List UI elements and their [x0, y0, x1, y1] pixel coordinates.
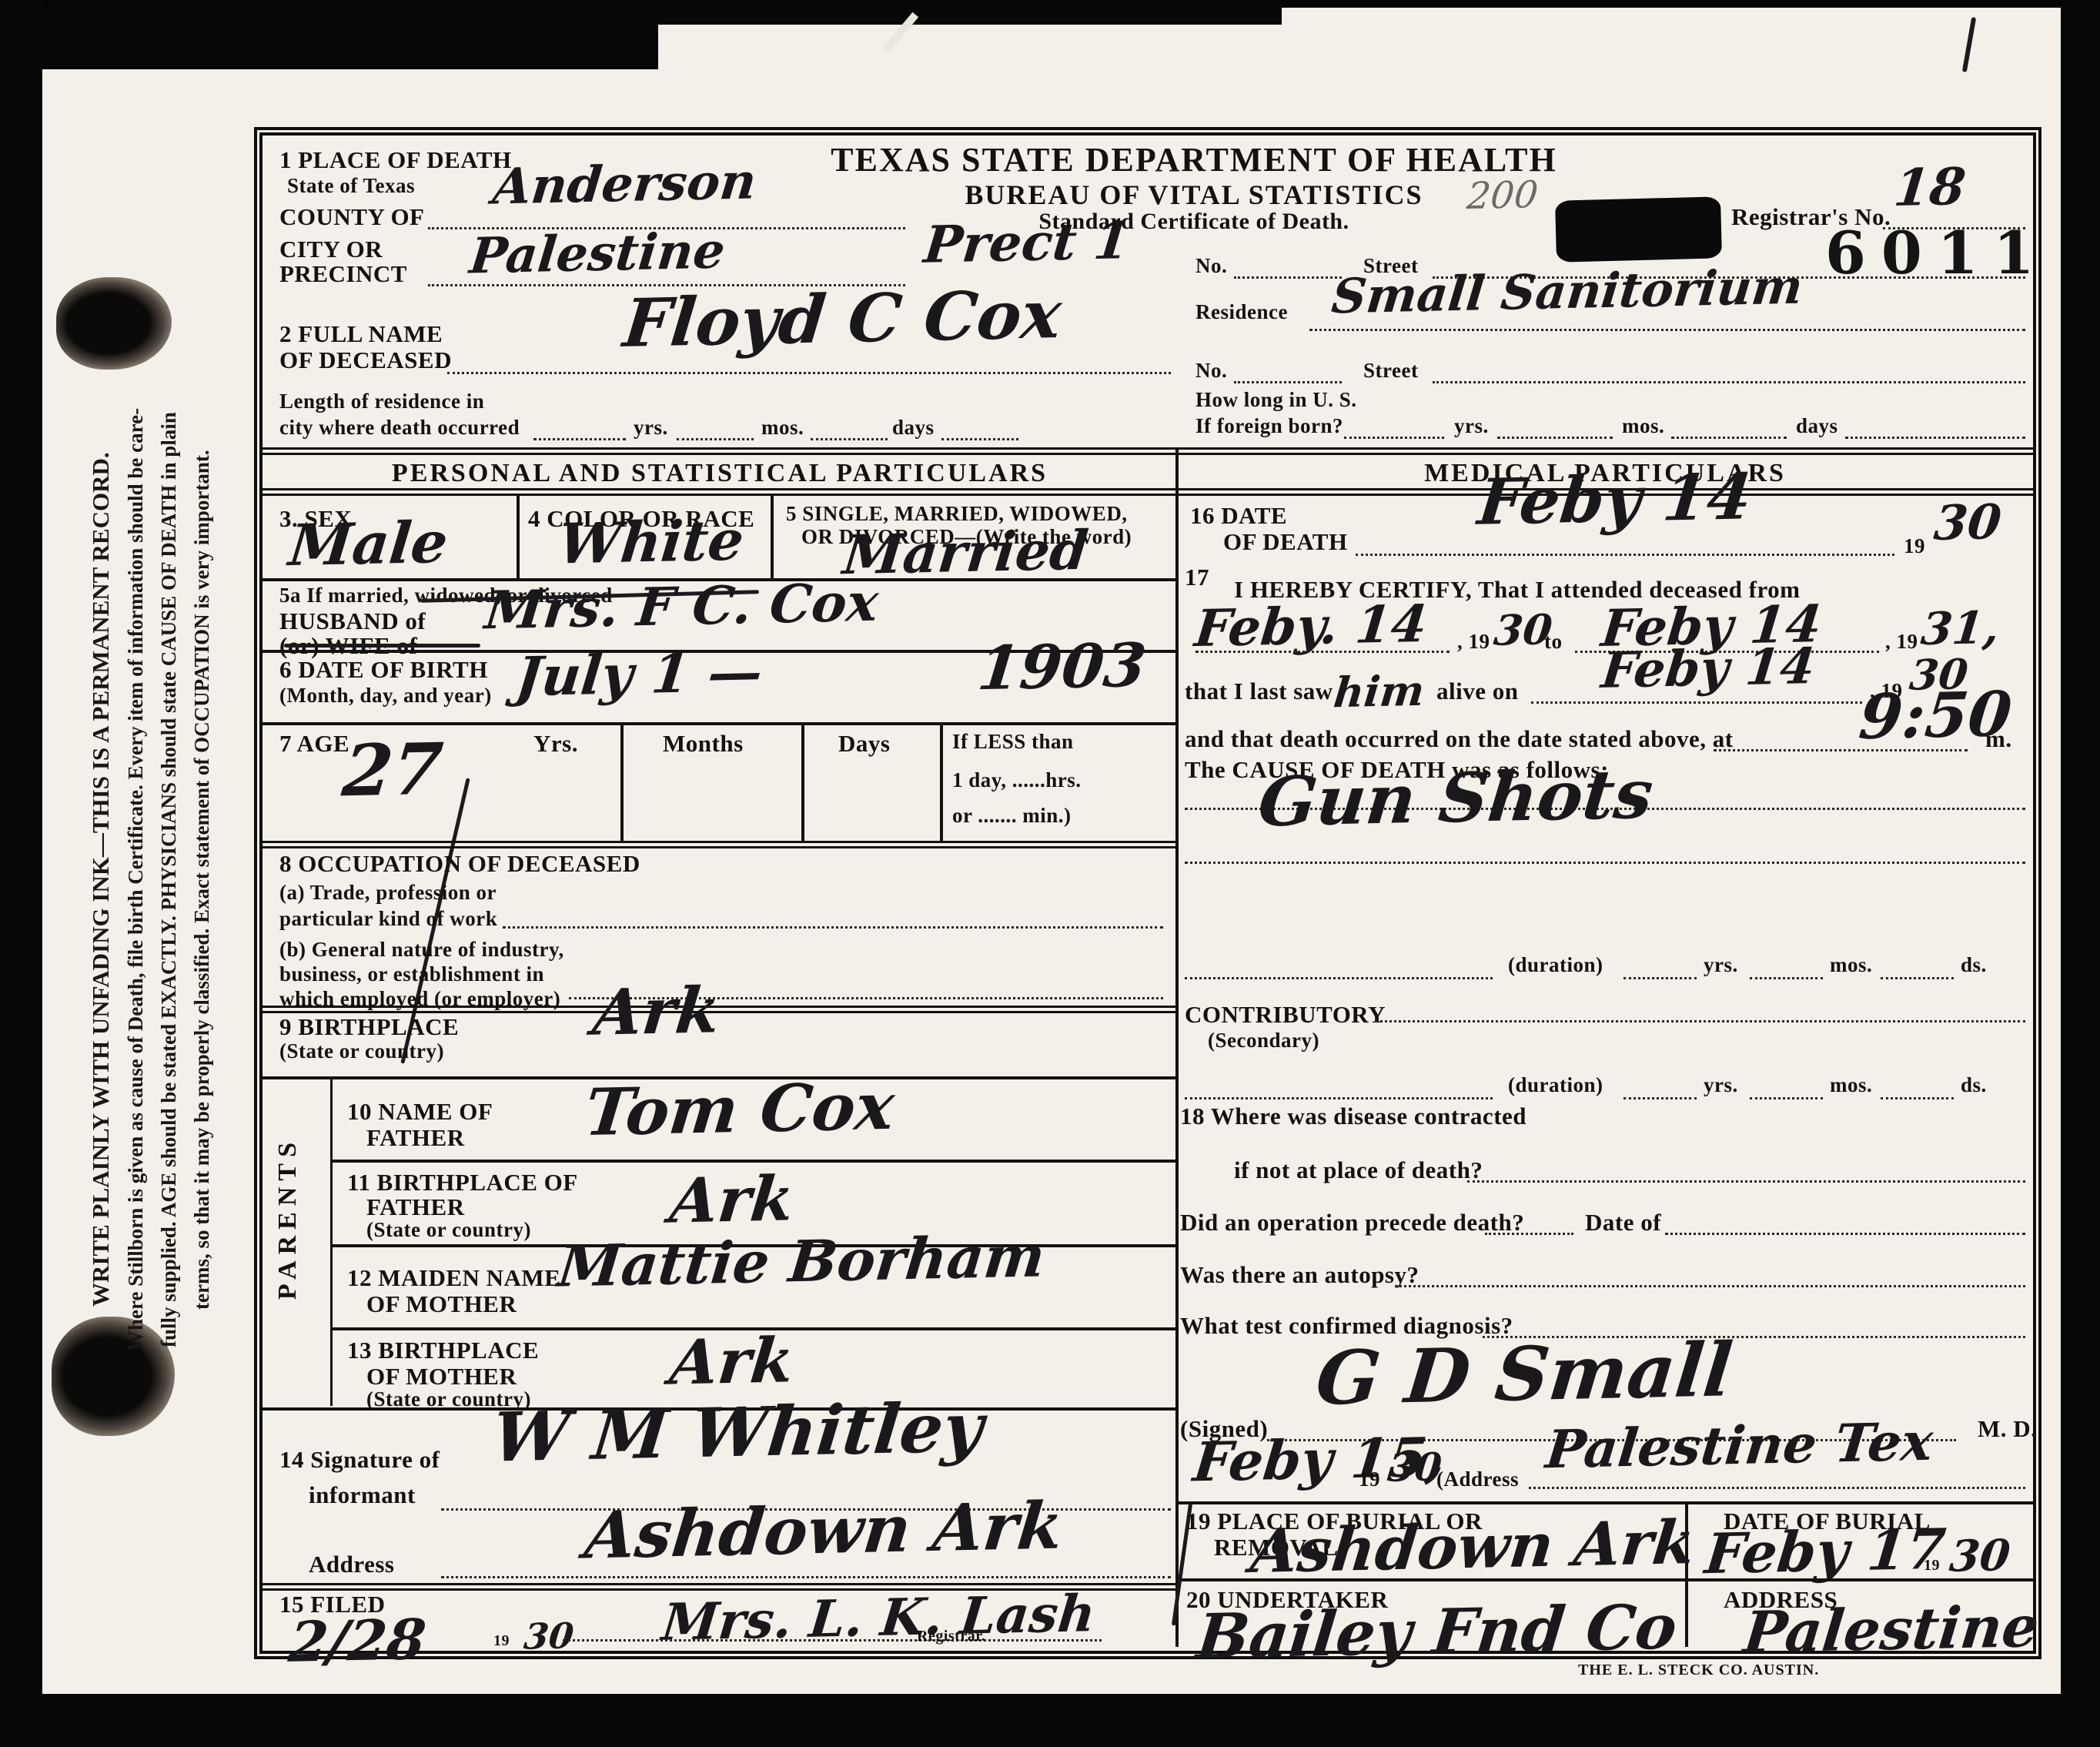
county-value: Anderson [490, 152, 759, 216]
printer-imprint: THE E. L. STECK CO. AUSTIN. [1578, 1662, 1819, 1679]
date-of-label: Date of [1585, 1209, 1661, 1237]
death-occurred-label: and that death occurred on the date stat… [1185, 725, 1734, 753]
rule [262, 447, 2033, 455]
state-label: State of Texas [287, 174, 415, 198]
dotted-blank [1623, 976, 1697, 979]
age-days-label: Days [838, 730, 890, 758]
dotted-blank [1497, 436, 1613, 439]
operation-label: Did an operation precede death? [1180, 1209, 1524, 1237]
dotted-blank [1529, 1486, 2025, 1489]
rule [262, 488, 2033, 496]
residence-value: Small Sanitorium [1329, 259, 1806, 325]
rule [262, 722, 1175, 725]
days-label: days [1796, 414, 1838, 438]
pen-strikethrough [284, 644, 480, 648]
registrar-label: Registrar. [917, 1628, 985, 1645]
comma-19: , 19 [1457, 630, 1490, 654]
dotted-blank [1234, 276, 1342, 279]
margin-line: fully supplied. AGE should be stated EXA… [157, 139, 181, 1621]
margin-line: terms, so that it may be properly classi… [190, 139, 214, 1621]
foreign-born-label: If foreign born? [1195, 414, 1343, 438]
attended-from-value: Feby. 14 [1192, 594, 1430, 658]
undertaker-value: Bailey Fnd Co [1193, 1591, 1680, 1673]
scan-edge [2061, 0, 2100, 1747]
dotted-blank [1485, 1232, 1573, 1235]
fullname-label2: OF DECEASED [279, 346, 452, 374]
scan-edge [0, 1694, 2100, 1747]
dotted-blank [1185, 1096, 1493, 1099]
dotted-blank [1356, 553, 1894, 556]
mother-name-value: Mattie Borham [555, 1223, 1048, 1300]
informant-signature-value: W M Whitley [489, 1387, 987, 1477]
alive-on-label: alive on [1436, 678, 1518, 705]
dotted-blank [563, 1638, 1102, 1642]
age-label: 7 AGE [279, 730, 349, 758]
dotted-blank [1671, 436, 1787, 439]
informant-label2: informant [309, 1481, 416, 1509]
birthplace-label2: (State or country) [279, 1039, 444, 1063]
mos-label: mos. [761, 416, 804, 440]
signed-year-value: 30 [1386, 1444, 1444, 1490]
dotted-blank [1750, 976, 1823, 979]
mos-label: mos. [1622, 414, 1664, 438]
city-value: Palestine [467, 223, 727, 286]
physician-signature: G D Small [1312, 1326, 1737, 1421]
cell-divider [940, 722, 943, 841]
dotted-blank [1467, 1180, 2025, 1183]
mother-birthplace-label: 13 BIRTHPLACE [347, 1337, 539, 1364]
yrs-label: yrs. [1704, 1073, 1738, 1097]
place-of-death-label: 1 PLACE OF DEATH [279, 146, 512, 174]
pencil-number: 200 [1465, 173, 1540, 218]
informant-label: 14 Signature of [279, 1446, 440, 1474]
cause-of-death-value: Gun Shots [1255, 754, 1657, 842]
scan-border-artifact [42, 8, 658, 69]
margin-line: WRITE PLAINLY WITH UNFADING INK—THIS IS … [87, 139, 115, 1621]
dotted-blank [1665, 1232, 2025, 1235]
dotted-blank [533, 437, 626, 440]
days-label: days [892, 416, 935, 440]
no-label: No. [1195, 359, 1227, 383]
dob-monthday-value: July 1 — [513, 640, 765, 709]
dotted-blank [447, 371, 1171, 374]
sex-value: Male [286, 510, 450, 579]
dotted-blank [1881, 1096, 1954, 1099]
father-birthplace-value: Ark [667, 1162, 798, 1237]
year-prefix: 19 [1359, 1468, 1380, 1491]
dotted-blank [441, 1575, 1171, 1578]
occupation-b-label: (b) General nature of industry, [279, 938, 564, 962]
mos-label: mos. [1830, 953, 1872, 977]
race-value: White [555, 507, 747, 577]
duration-label: (duration) [1508, 953, 1603, 977]
duration-label: (duration) [1508, 1073, 1603, 1097]
if-less-label2: 1 day, ......hrs. [952, 768, 1082, 792]
howlong-label: How long in U. S. [1195, 388, 1357, 412]
dotted-blank [1234, 380, 1342, 383]
dotted-blank [503, 925, 1163, 929]
rule [1175, 1578, 2033, 1581]
scanned-death-certificate: WRITE PLAINLY WITH UNFADING INK—THIS IS … [0, 0, 2100, 1747]
yrs-label: yrs. [1454, 414, 1489, 438]
undertaker-address-value: Palestine [1741, 1594, 2041, 1666]
age-yrs-label: Yrs. [533, 730, 578, 758]
item-17: 17 [1185, 564, 1209, 591]
dotted-blank [1881, 976, 1954, 979]
dotted-blank [1185, 861, 2025, 864]
filed-date-value: 2/28 [286, 1606, 429, 1675]
dotted-blank [811, 437, 888, 440]
mos-label: mos. [1830, 1073, 1872, 1097]
occupation-b-label2: business, or establishment in [279, 962, 544, 986]
address-label: Address [309, 1551, 394, 1578]
dotted-blank [1195, 650, 1450, 653]
rule [1175, 1501, 2033, 1504]
parents-bracket [330, 1076, 333, 1406]
dotted-blank [1396, 1284, 2025, 1287]
mother-name-label: 12 MAIDEN NAME [347, 1264, 560, 1292]
birthplace-value: Ark [590, 973, 724, 1049]
registrar-signature: Mrs. L. K. Lash [659, 1583, 1098, 1652]
certificate-page: WRITE PLAINLY WITH UNFADING INK—THIS IS … [42, 8, 2061, 1694]
if-less-label3: or ....... min.) [952, 804, 1072, 828]
personal-section-title: PERSONAL AND STATISTICAL PARTICULARS [262, 459, 1177, 488]
fullname-value: Floyd C Cox [620, 276, 1065, 363]
m-label: m. [1985, 725, 2012, 753]
city-label: CITY OR [279, 236, 383, 263]
secondary-label: (Secondary) [1208, 1029, 1319, 1053]
dotted-blank [1433, 380, 2025, 383]
dob-label: 6 DATE OF BIRTH [279, 656, 488, 684]
address-paren-label: (Address [1436, 1468, 1519, 1491]
street-label: Street [1363, 359, 1418, 383]
father-birthplace-label3: (State or country) [366, 1218, 531, 1242]
husband-of-label: HUSBAND of [279, 607, 426, 635]
burial-date-year: 30 [1948, 1530, 2013, 1582]
disease-contracted-label: 18 Where was disease contracted [1180, 1103, 1527, 1130]
residence-label: Residence [1195, 300, 1288, 324]
dotted-blank [1375, 1019, 2025, 1022]
spouse-value: Mrs. F C. Cox [482, 572, 881, 642]
ds-label: ds. [1961, 1073, 1987, 1097]
birthplace-label: 9 BIRTHPLACE [279, 1013, 459, 1041]
attended-to-year: 31, [1918, 601, 2001, 655]
dotted-blank [941, 437, 1018, 440]
margin-line: Where Stillborn is given as cause of Dea… [124, 139, 148, 1621]
father-birthplace-label2: FATHER [366, 1193, 465, 1221]
registrar-no-value: 18 [1891, 156, 1968, 218]
dob-label2: (Month, day, and year) [279, 684, 492, 708]
father-name-value: Tom Cox [581, 1068, 898, 1150]
rule [330, 1160, 1175, 1163]
year-prefix: 19 [493, 1632, 510, 1650]
contributory-label: CONTRIBUTORY [1185, 1001, 1386, 1029]
last-saw-value: Feby 14 [1599, 638, 1817, 700]
year-prefix: 19 [1904, 534, 1925, 558]
cell-divider [801, 722, 804, 841]
scan-edge [0, 0, 42, 1747]
to-label: to [1544, 630, 1563, 654]
rule [262, 841, 1175, 848]
fullname-label: 2 FULL NAME [279, 320, 443, 348]
cell-divider [771, 496, 774, 578]
md-label: M. D. [1978, 1415, 2037, 1443]
dotted-blank [1185, 976, 1493, 979]
mother-birthplace-value: Ark [667, 1324, 798, 1398]
cell-divider [517, 496, 520, 578]
yrs-label: yrs. [634, 416, 668, 440]
last-saw-label: that I last saw [1185, 678, 1333, 705]
cell-divider [620, 722, 624, 841]
certificate-number-stamp: 6011 [1825, 219, 2050, 287]
occupation-label: 8 OCCUPATION OF DECEASED [279, 850, 640, 878]
filed-year-value: 30 [522, 1615, 576, 1657]
date-of-death-label: 16 DATE [1190, 502, 1287, 530]
dotted-blank [1750, 1096, 1823, 1099]
informant-address-value: Ashdown Ark [581, 1488, 1066, 1574]
mother-name-label2: OF MOTHER [366, 1290, 517, 1318]
dob-year-value: 1903 [975, 631, 1149, 704]
year-prefix: 19 [1924, 1557, 1940, 1575]
ds-label: ds. [1961, 953, 1987, 977]
column-divider [1175, 447, 1179, 1647]
dotted-blank [1623, 1096, 1697, 1099]
no-label: No. [1195, 254, 1227, 278]
occupation-a-label2: particular kind of work [279, 907, 497, 931]
certificate-frame: 1 PLACE OF DEATH State of Texas COUNTY O… [254, 127, 2041, 1659]
dotted-blank [677, 437, 754, 440]
margin-instructions: WRITE PLAINLY WITH UNFADING INK—THIS IS … [87, 139, 214, 1621]
burial-date-value: Feby 17 [1702, 1516, 1948, 1586]
county-label: COUNTY OF [279, 203, 425, 231]
physician-address-value: Palestine Tex [1543, 1411, 1935, 1481]
age-months-label: Months [663, 730, 744, 758]
dotted-blank [1309, 328, 2025, 331]
dotted-blank [1344, 436, 1444, 439]
autopsy-label: Was there an autopsy? [1180, 1261, 1420, 1289]
date-of-death-label2: OF DEATH [1223, 528, 1348, 556]
father-name-label: 10 NAME OF [347, 1098, 493, 1126]
father-birthplace-label: 11 BIRTHPLACE OF [347, 1169, 578, 1196]
yrs-label: yrs. [1704, 953, 1738, 977]
date-of-death-value: Feby 14 [1475, 460, 1755, 539]
redacted-stamp [1555, 196, 1722, 263]
if-not-label: if not at place of death? [1234, 1156, 1483, 1184]
precinct-label: PRECINCT [279, 260, 407, 288]
dotted-blank [1845, 436, 2025, 439]
date-of-death-year: 30 [1931, 494, 2004, 551]
residence-length-label: Length of residence in [279, 390, 484, 413]
dotted-blank [1531, 701, 1862, 704]
age-value: 27 [339, 728, 446, 813]
occupation-a-label: (a) Trade, profession or [279, 881, 497, 905]
burial-place-value: Ashdown Ark [1248, 1508, 1698, 1587]
pen-mark [1962, 17, 1976, 72]
mother-birthplace-label2: OF MOTHER [366, 1363, 517, 1391]
if-less-label: If LESS than [952, 730, 1074, 754]
residence-length-label2: city where death occurred [279, 416, 520, 440]
parents-label: PARENTS [273, 1136, 303, 1300]
father-name-label2: FATHER [366, 1124, 465, 1152]
last-saw-him: him [1332, 666, 1427, 717]
